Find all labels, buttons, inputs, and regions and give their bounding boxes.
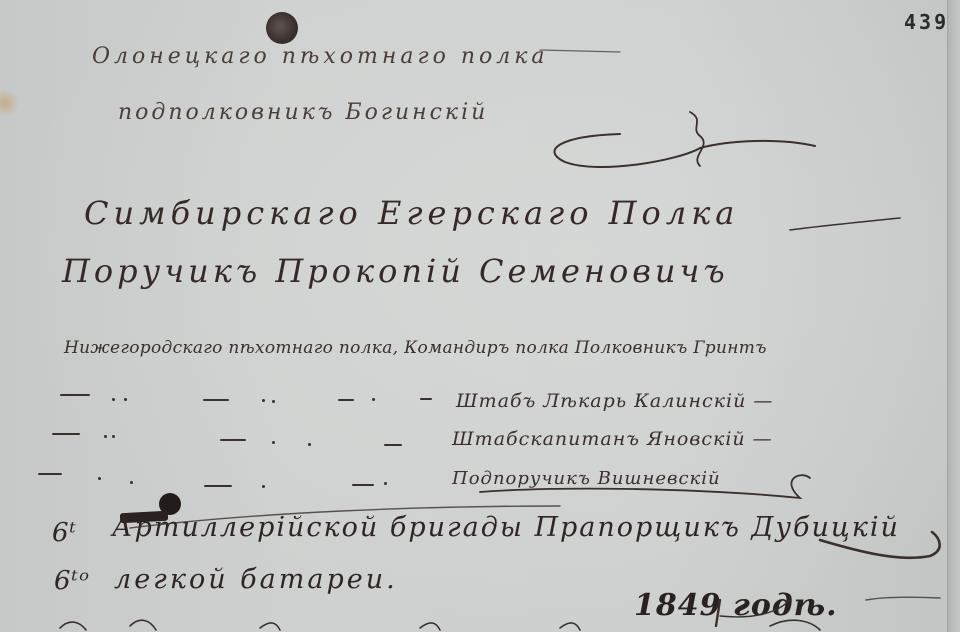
manuscript-page: 439 Олонецкаго пѣхотнаго полка подполков…	[0, 0, 960, 632]
line-lieutenant-name: Поручикъ Прокопій Семеновичъ	[62, 252, 729, 290]
binding-edge	[950, 0, 960, 632]
line-light-battery: легкой батареи.	[114, 564, 398, 595]
line-staff-captain: Штабскапитанъ Яновскій —	[452, 428, 773, 450]
ink-blot-top	[266, 12, 298, 44]
binding-line	[947, 0, 950, 632]
line-artillery-brigade: Артиллерійской бригады Прапорщикъ Дубицк…	[112, 512, 900, 543]
line-sublieutenant: Подпоручикъ Вишневскій	[452, 468, 721, 489]
line-regiment-olonets: Олонецкаго пѣхотнаго полка	[92, 44, 549, 69]
folio-number: 439	[904, 10, 949, 34]
line-lt-colonel-boginsky: подполковникъ Богинскій	[118, 100, 488, 125]
paper-stain	[0, 88, 18, 118]
line-nizhny-novgorod-commander: Нижегородскаго пѣхотнаго полка, Командир…	[64, 338, 767, 358]
line-artillery-prefix: 6ᵗ	[52, 518, 77, 548]
line-simbirsk-jaeger-regiment: Симбирскаго Егерскаго Полка	[84, 194, 739, 232]
line-battery-prefix: 6ᵗᵒ	[54, 566, 90, 596]
line-year: 1849 годѣ.	[634, 588, 838, 623]
line-staff-physician: Штабъ Лѣкарь Калинскій —	[456, 390, 773, 412]
